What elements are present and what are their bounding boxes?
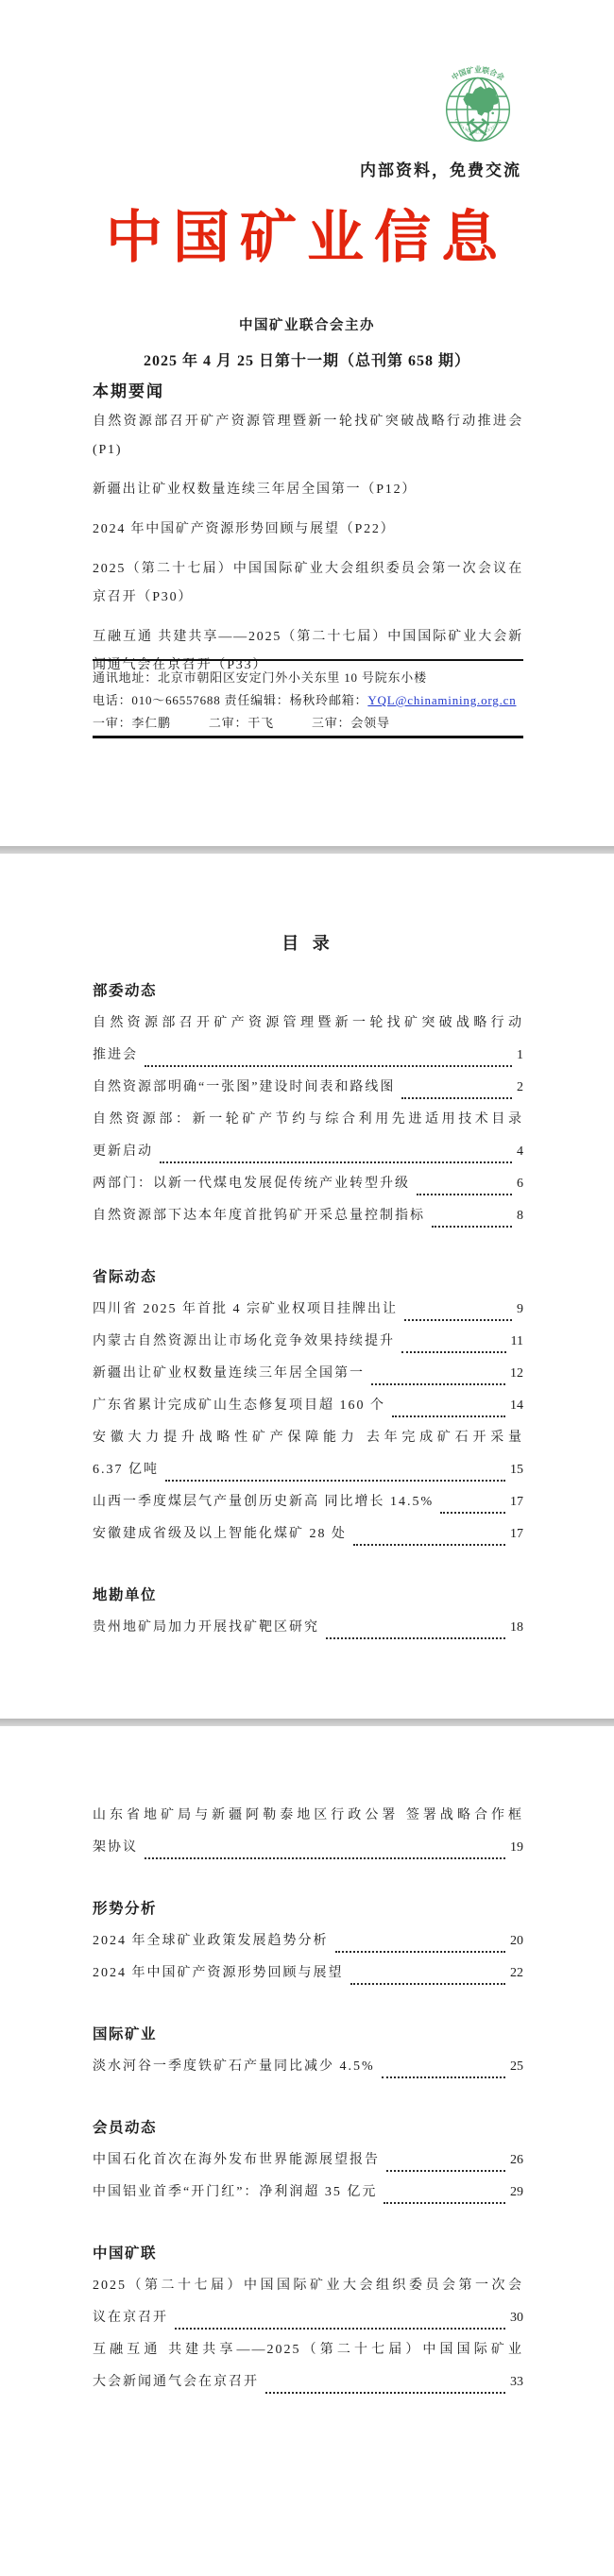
toc-entry-text: 淡水河谷一季度铁矿石产量同比减少 4.5%	[93, 2051, 375, 2083]
toc-entry-line: 2025（第二十七届）中国国际矿业大会组织委员会第一次会	[93, 2270, 523, 2302]
toc-entry: 自然资源部下达本年度首批钨矿开采总量控制指标8	[93, 1200, 523, 1232]
toc-section-heading: 国际矿业	[93, 2019, 523, 2051]
toc-entry: 安徽建成省级及以上智能化煤矿 28 处17	[93, 1518, 523, 1551]
toc-page-number: 17	[510, 1518, 523, 1551]
toc-entry-text: 自然资源部明确“一张图”建设时间表和路线图	[93, 1072, 395, 1104]
toc-leader-dots	[145, 1857, 505, 1859]
toc-entry-text: 架协议	[93, 1832, 138, 1864]
toc-entry-text: 推进会	[93, 1040, 138, 1072]
third-reviewer: 三审：会领导	[312, 712, 390, 735]
publisher-line: 中国矿业联合会主办	[0, 314, 614, 334]
toc-leader-dots	[440, 1512, 505, 1514]
contact-block: 通讯地址：北京市朝阳区安定门外小关东里 10 号院东小楼 电话：010～6655…	[93, 659, 523, 735]
second-reviewer: 二审：干飞	[209, 712, 274, 735]
toc-leader-dots	[335, 1951, 506, 1953]
svg-text:CHINA MINING ASSOCIATION: CHINA MINING ASSOCIATION	[453, 118, 502, 135]
highlight-item: 2025（第二十七届）中国国际矿业大会组织委员会第一次会议在京召开（P30）	[93, 555, 523, 612]
toc-entry: 推进会1	[93, 1040, 523, 1072]
toc-section-heading: 形势分析	[93, 1893, 523, 1925]
toc-entry: 山西一季度煤层气产量创历史新高 同比增长 14.5%17	[93, 1486, 523, 1518]
page-separator	[0, 1719, 614, 1726]
toc-entry: 2024 年中国矿产资源形势回顾与展望22	[93, 1957, 523, 1990]
toc-page-1-blocks: 目 录部委动态自然资源部召开矿产资源管理暨新一轮找矿突破战略行动推进会1自然资源…	[0, 854, 614, 1644]
contact-address: 通讯地址：北京市朝阳区安定门外小关东里 10 号院东小楼	[93, 667, 523, 689]
toc-page-2: 山东省地矿局与新疆阿勒泰地区行政公署 签署战略合作框架协议19形势分析2024 …	[0, 1726, 614, 2576]
toc-leader-dots	[371, 1383, 505, 1385]
toc-leader-dots	[350, 1983, 506, 1985]
toc-entry-line: 安徽大力提升战略性矿产保障能力 去年完成矿石开采量	[93, 1422, 523, 1454]
toc-leader-dots	[401, 1097, 512, 1099]
page-separator	[0, 846, 614, 854]
toc-leader-dots	[432, 1226, 512, 1228]
toc-page-number: 22	[510, 1957, 523, 1990]
logo-arc-bottom-text: CHINA MINING ASSOCIATION	[453, 118, 502, 135]
contact-phone-editor-label: 电话：010～66557688 责任编辑：杨秋玲邮箱：	[93, 693, 367, 707]
toc-entry: 中国石化首次在海外发布世界能源展望报告26	[93, 2144, 523, 2177]
first-reviewer: 一审：李仁鹏	[93, 712, 171, 735]
issue-date-line: 2025 年 4 月 25 日第十一期（总刊第 658 期）	[0, 348, 614, 370]
highlights-heading: 本期要闻	[93, 378, 164, 401]
toc-entry: 议在京召开30	[93, 2302, 523, 2334]
toc-leader-dots	[353, 1544, 505, 1546]
toc-page-number: 17	[510, 1486, 523, 1518]
highlight-item: 新疆出让矿业权数量连续三年居全国第一（P12）	[93, 476, 523, 504]
toc-page-number: 6	[517, 1168, 523, 1200]
toc-entry: 自然资源部明确“一张图”建设时间表和路线图2	[93, 1072, 523, 1104]
toc-entry: 贵州地矿局加力开展找矿靶区研究18	[93, 1612, 523, 1644]
toc-page-2-blocks: 山东省地矿局与新疆阿勒泰地区行政公署 签署战略合作框架协议19形势分析2024 …	[0, 1726, 614, 2398]
svg-text:中国矿业联合会: 中国矿业联合会	[450, 65, 506, 82]
toc-page-number: 30	[510, 2302, 523, 2334]
contact-phone-editor-line: 电话：010～66557688 责任编辑：杨秋玲邮箱：YQL@chinamini…	[93, 689, 523, 712]
toc-entry-text: 两部门：以新一代煤电发展促传统产业转型升级	[93, 1168, 410, 1200]
toc-entry-line: 自然资源部召开矿产资源管理暨新一轮找矿突破战略行动	[93, 1008, 523, 1040]
toc-leader-dots	[145, 1065, 512, 1067]
toc-entry-text: 新疆出让矿业权数量连续三年居全国第一	[93, 1358, 365, 1390]
toc-page-number: 18	[510, 1612, 523, 1644]
toc-page-number: 11	[511, 1326, 523, 1358]
toc-page-number: 19	[510, 1832, 523, 1864]
toc-entry: 2024 年全球矿业政策发展趋势分析20	[93, 1925, 523, 1957]
toc-leader-dots	[160, 1161, 512, 1163]
china-mining-association-logo-icon: 中国矿业联合会 CHINA MINING ASSOCIATION	[432, 55, 524, 153]
toc-page-number: 12	[510, 1358, 523, 1390]
logo-arc-top-text: 中国矿业联合会	[450, 65, 506, 82]
toc-entry: 6.37 亿吨15	[93, 1454, 523, 1486]
toc-leader-dots	[384, 2202, 505, 2204]
toc-entry-text: 2024 年中国矿产资源形势回顾与展望	[93, 1957, 344, 1990]
toc-leader-dots	[382, 2076, 505, 2078]
toc-entry-text: 更新启动	[93, 1136, 153, 1168]
highlight-item: 2024 年中国矿产资源形势回顾与展望（P22）	[93, 516, 523, 544]
toc-title: 目 录	[93, 927, 523, 959]
toc-entry: 内蒙古自然资源出让市场化竞争效果持续提升11	[93, 1326, 523, 1358]
newsletter-title: 中国矿业信息	[0, 193, 614, 274]
toc-entry: 两部门：以新一代煤电发展促传统产业转型升级6	[93, 1168, 523, 1200]
toc-entry: 四川省 2025 年首批 4 宗矿业权项目挂牌出让9	[93, 1294, 523, 1326]
toc-page-number: 26	[510, 2144, 523, 2177]
toc-section-heading: 会员动态	[93, 2112, 523, 2144]
toc-entry-text: 四川省 2025 年首批 4 宗矿业权项目挂牌出让	[93, 1294, 398, 1326]
toc-entry-text: 议在京召开	[93, 2302, 168, 2334]
toc-entry-line: 山东省地矿局与新疆阿勒泰地区行政公署 签署战略合作框	[93, 1800, 523, 1832]
toc-section-heading: 部委动态	[93, 975, 523, 1008]
toc-entry-text: 6.37 亿吨	[93, 1454, 159, 1486]
toc-entry-text: 自然资源部下达本年度首批钨矿开采总量控制指标	[93, 1200, 425, 1232]
toc-section-heading: 省际动态	[93, 1262, 523, 1294]
toc-leader-dots	[404, 1319, 512, 1321]
toc-entry-line: 自然资源部：新一轮矿产节约与综合利用先进适用技术目录	[93, 1104, 523, 1136]
toc-page-number: 25	[510, 2051, 523, 2083]
reviewers-line: 一审：李仁鹏 二审：干飞 三审：会领导	[93, 712, 523, 735]
toc-entry-text: 2024 年全球矿业政策发展趋势分析	[93, 1925, 329, 1957]
toc-section-heading: 地勘单位	[93, 1580, 523, 1612]
toc-entry-text: 广东省累计完成矿山生态修复项目超 160 个	[93, 1390, 385, 1422]
toc-entry: 淡水河谷一季度铁矿石产量同比减少 4.5%25	[93, 2051, 523, 2083]
toc-entry-text: 安徽建成省级及以上智能化煤矿 28 处	[93, 1518, 347, 1551]
toc-leader-dots	[417, 1194, 512, 1195]
toc-page-number: 29	[510, 2177, 523, 2209]
toc-page-number: 2	[517, 1072, 523, 1104]
toc-entry: 中国铝业首季“开门红”：净利润超 35 亿元29	[93, 2177, 523, 2209]
toc-entry: 广东省累计完成矿山生态修复项目超 160 个14	[93, 1390, 523, 1422]
toc-entry-line: 互融互通 共建共享——2025（第二十七届）中国国际矿业	[93, 2334, 523, 2366]
toc-entry-text: 山西一季度煤层气产量创历史新高 同比增长 14.5%	[93, 1486, 434, 1518]
highlight-item: 自然资源部召开矿产资源管理暨新一轮找矿突破战略行动推进会(P1)	[93, 408, 523, 465]
toc-entry-text: 大会新闻通气会在京召开	[93, 2366, 259, 2398]
toc-entry-text: 中国铝业首季“开门红”：净利润超 35 亿元	[93, 2177, 377, 2209]
toc-page-number: 8	[517, 1200, 523, 1232]
toc-page-number: 4	[517, 1136, 523, 1168]
toc-entry: 大会新闻通气会在京召开33	[93, 2366, 523, 2398]
toc-section-heading: 中国矿联	[93, 2238, 523, 2270]
toc-page-number: 9	[517, 1294, 523, 1326]
cover-bottom-rule	[93, 736, 523, 738]
toc-entry: 更新启动4	[93, 1136, 523, 1168]
toc-leader-dots	[175, 2328, 505, 2330]
toc-entry: 新疆出让矿业权数量连续三年居全国第一12	[93, 1358, 523, 1390]
internal-material-notice: 内部资料，免费交流	[360, 157, 521, 180]
toc-leader-dots	[401, 1351, 506, 1353]
toc-entry: 架协议19	[93, 1832, 523, 1864]
toc-page-number: 15	[510, 1454, 523, 1486]
toc-entry-text: 内蒙古自然资源出让市场化竞争效果持续提升	[93, 1326, 395, 1358]
toc-entry-text: 贵州地矿局加力开展找矿靶区研究	[93, 1612, 319, 1644]
toc-page-number: 33	[510, 2366, 523, 2398]
toc-leader-dots	[326, 1637, 505, 1639]
highlights-list: 自然资源部召开矿产资源管理暨新一轮找矿突破战略行动推进会(P1)新疆出让矿业权数…	[93, 408, 523, 691]
toc-page-number: 20	[510, 1925, 523, 1957]
toc-page-number: 1	[517, 1040, 523, 1072]
cover-page: 中国矿业联合会 CHINA MINING ASSOCIATION 内部资料，免费…	[0, 0, 614, 846]
toc-page-number: 14	[510, 1390, 523, 1422]
toc-leader-dots	[165, 1480, 505, 1482]
toc-page-1: 目 录部委动态自然资源部召开矿产资源管理暨新一轮找矿突破战略行动推进会1自然资源…	[0, 854, 614, 1719]
toc-entry-text: 中国石化首次在海外发布世界能源展望报告	[93, 2144, 380, 2177]
toc-leader-dots	[386, 2170, 505, 2172]
toc-leader-dots	[392, 1415, 505, 1417]
toc-leader-dots	[265, 2392, 505, 2394]
editor-email-link[interactable]: YQL@chinamining.org.cn	[367, 693, 516, 707]
